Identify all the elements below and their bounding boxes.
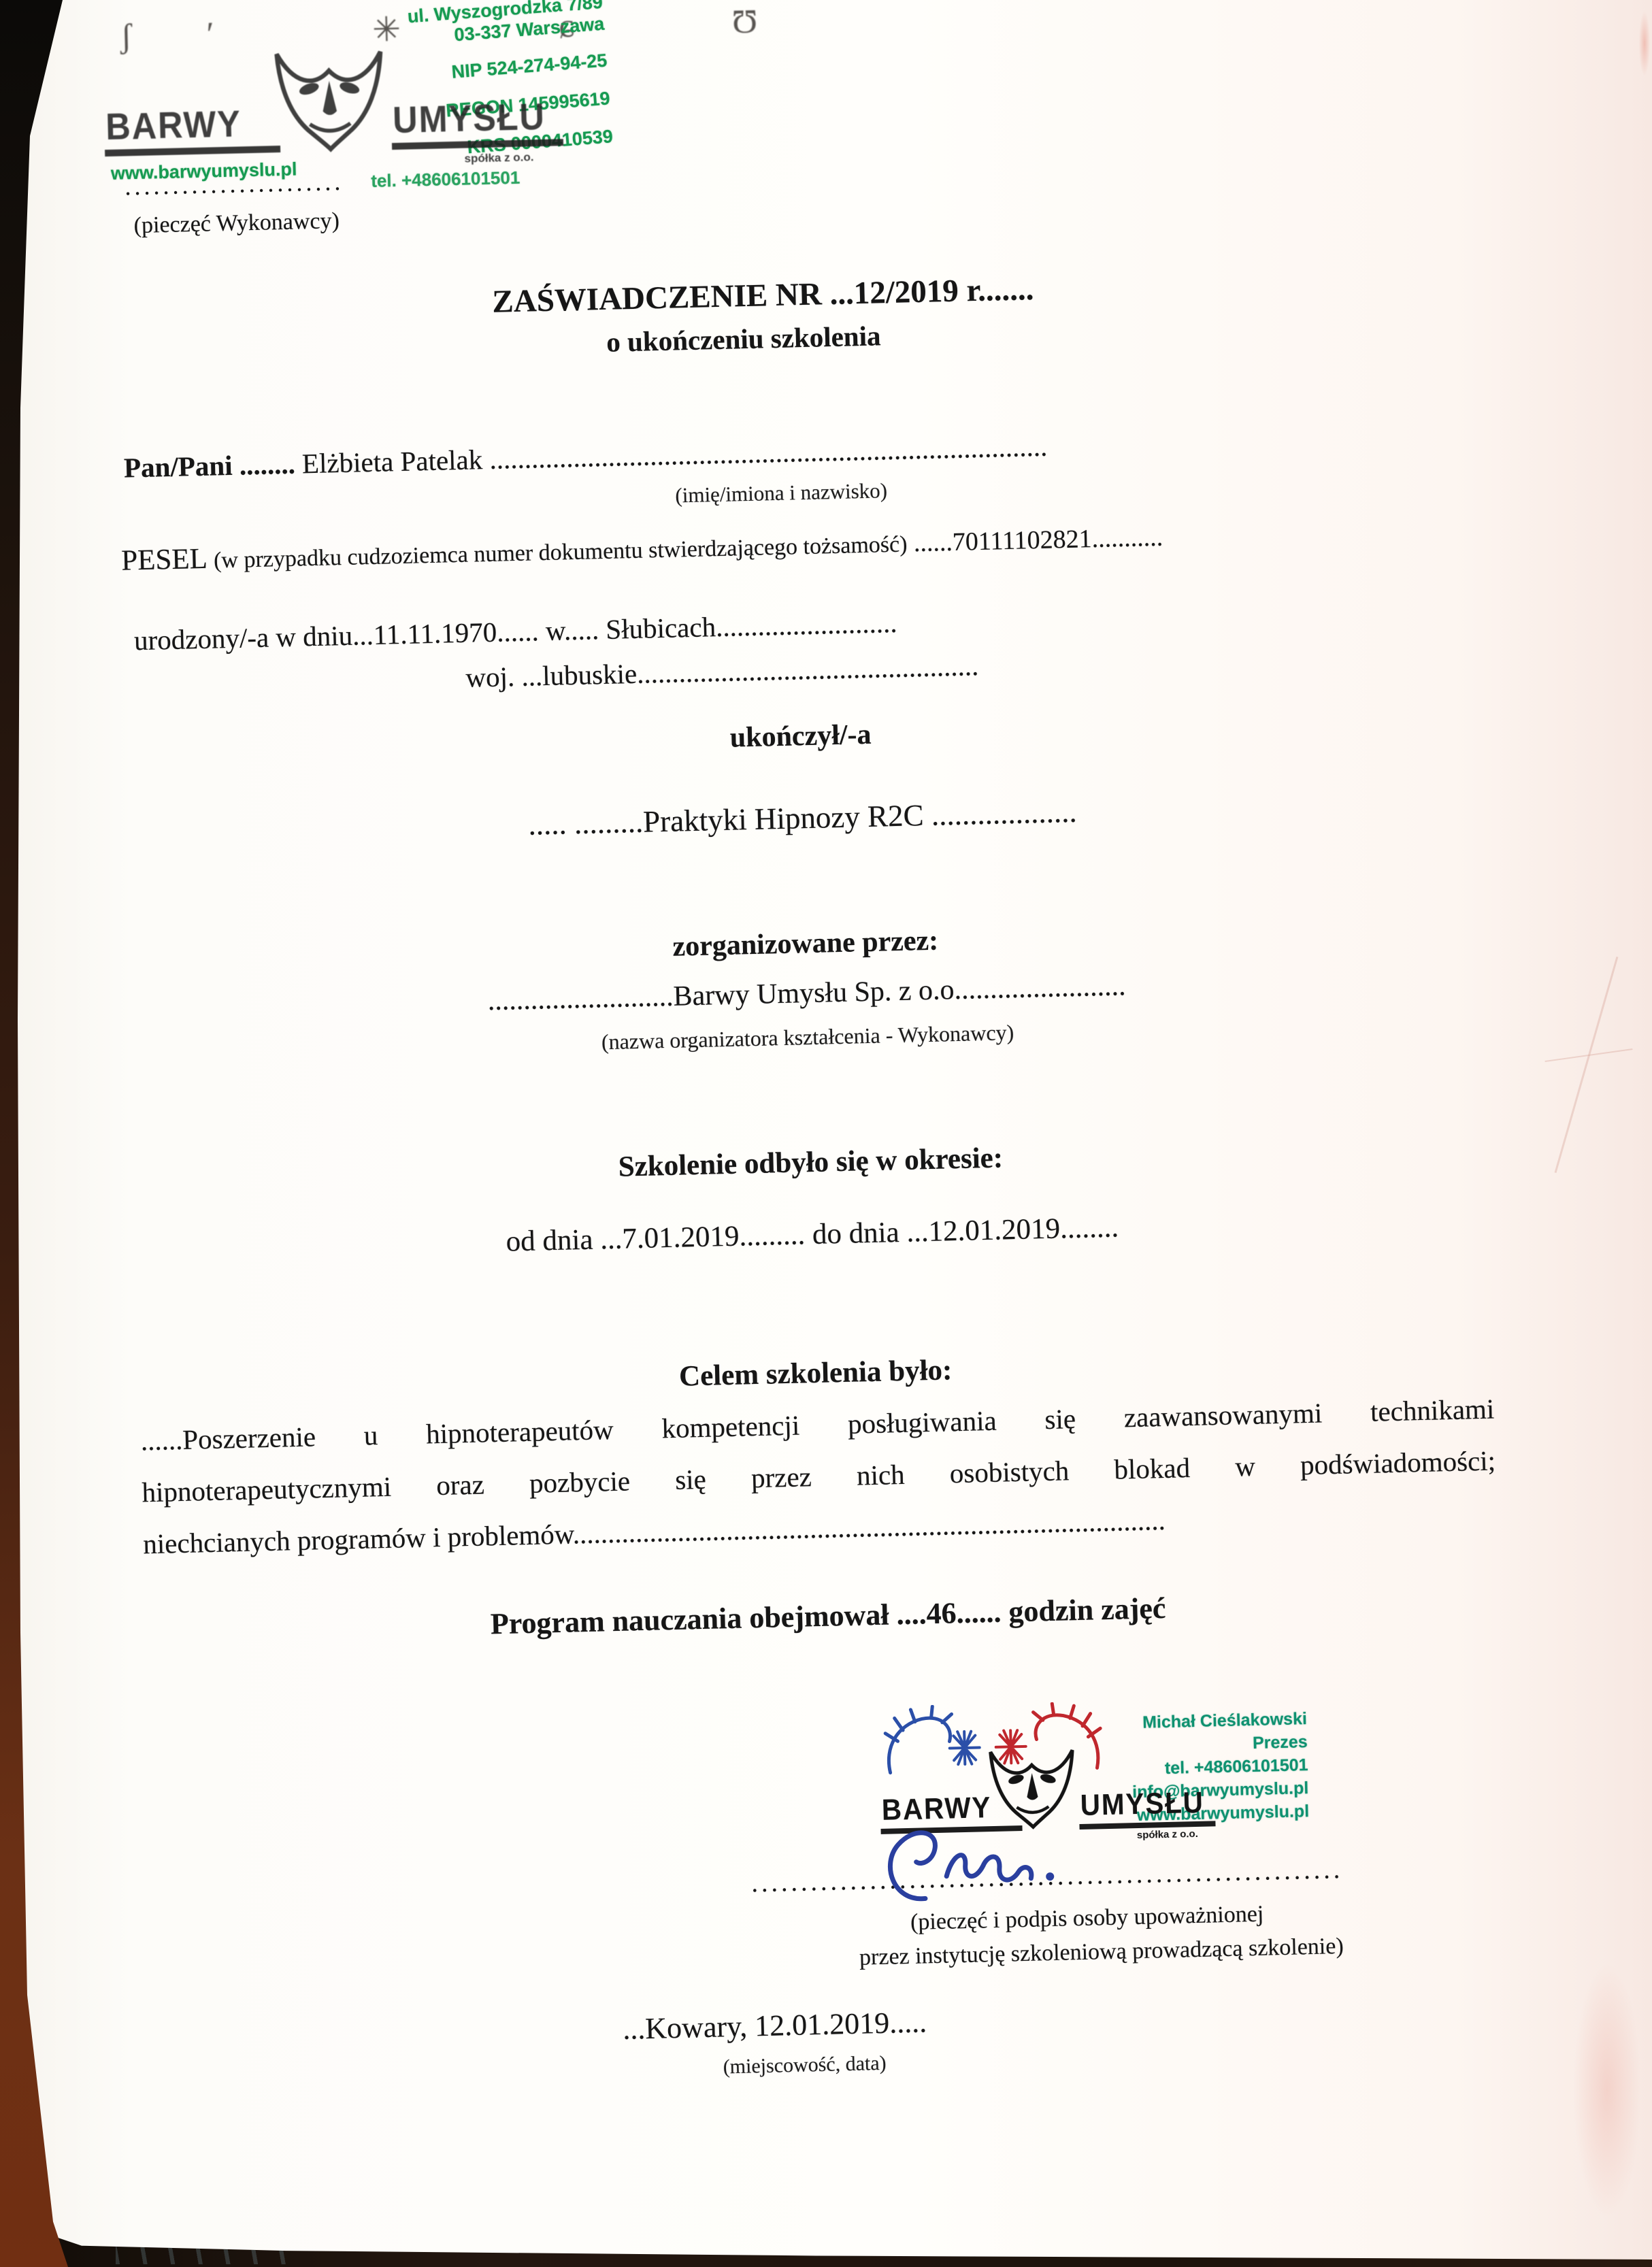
program-line: Program nauczania obejmował ....46......… <box>393 1589 1264 1644</box>
period-value: od dnia ...7.01.2019......... do dnia ..… <box>403 1208 1221 1261</box>
stamp-phone: tel. +48606101501 <box>371 167 521 192</box>
period-heading: Szkolenie odbyło się w okresie: <box>538 1140 1083 1186</box>
organizer-heading: zorganizowane przez: <box>533 921 1078 967</box>
recipient-label: Pan/Pani <box>124 450 233 484</box>
goal-line3: niechcianych programów i problemów......… <box>143 1495 1498 1567</box>
recipient-caption: (imię/imiona i nazwisko) <box>618 477 945 509</box>
goal-line2: hipnoterapeutycznymi oraz pozbycie się p… <box>142 1444 1496 1508</box>
certificate-title: ZAŚWIADCZENIE NR ...12/2019 r....... <box>402 269 1124 322</box>
recipient-name: Elżbieta Patelak <box>301 444 482 479</box>
logo-word-barwy: BARWY <box>105 101 242 148</box>
logo-word-umyslu: UMYSŁU <box>392 95 546 142</box>
stamp-dotted-line: ....................... <box>125 167 344 201</box>
course-name-line: ..... .........Praktyki Hipnozy R2C ....… <box>401 791 1204 845</box>
logo-subtitle: spółka z o.o. <box>464 150 533 165</box>
place-date-value: ...Kowary, 12.01.2019..... <box>623 2004 927 2047</box>
footer-logo-subtitle: spółka z o.o. <box>1137 1828 1198 1841</box>
scanned-certificate-page: ʃʹ ✳ ɕ Ʊ ul. Wyszogrodzka 7/89 03-337 Wa… <box>0 0 1652 2267</box>
goal-heading: Celem szkolenia było: <box>611 1352 1020 1395</box>
pesel-paren: (w przypadku cudzoziemca numer dokumentu… <box>214 531 908 573</box>
completed-label: ukończył/-a <box>562 714 1039 758</box>
document-content: ʃʹ ✳ ɕ Ʊ ul. Wyszogrodzka 7/89 03-337 Wa… <box>0 0 1652 2267</box>
recipient-dots-before: ........ <box>232 448 303 480</box>
owl-mask-logo-icon <box>271 48 389 158</box>
pesel-label: PESEL <box>121 543 214 577</box>
paper-blotch-bottom-right <box>1427 1837 1652 2259</box>
stamp-caption: (pieczęć Wykonawcy) <box>133 208 340 239</box>
birth-line: urodzony/-a w dniu...11.11.1970...... w.… <box>133 606 897 657</box>
organizer-value: ..........................Barwy Umysłu S… <box>282 965 1331 1022</box>
paper-blotch-top-right <box>1577 0 1652 218</box>
pesel-line: PESEL (w przypadku cudzoziemca numer dok… <box>121 513 1428 577</box>
province-line: woj. ...lubuskie........................… <box>465 649 979 694</box>
signature-icon <box>870 1807 1097 1915</box>
organizer-caption: (nazwa organizatora kształcenia - Wykona… <box>501 1018 1114 1057</box>
recipient-dots-after: ........................................… <box>482 431 1048 476</box>
paper-crease-right <box>1538 953 1640 1177</box>
pesel-value: ......70111102821........... <box>907 523 1163 558</box>
goal-line1: ......Poszerzenie u hipnoterapeutów komp… <box>140 1393 1495 1457</box>
certificate-subtitle: o ukończeniu szkolenia <box>403 314 1084 363</box>
recipient-line: Pan/Pani ........ Elżbieta Patelak .....… <box>124 421 1410 484</box>
footer-logo-word-umyslu: UMYSŁU <box>1080 1786 1204 1823</box>
place-date-caption: (miejscowość, data) <box>661 2051 948 2081</box>
signature-caption-line2: przez instytucję szkoleniową prowadzącą … <box>809 1932 1395 1972</box>
